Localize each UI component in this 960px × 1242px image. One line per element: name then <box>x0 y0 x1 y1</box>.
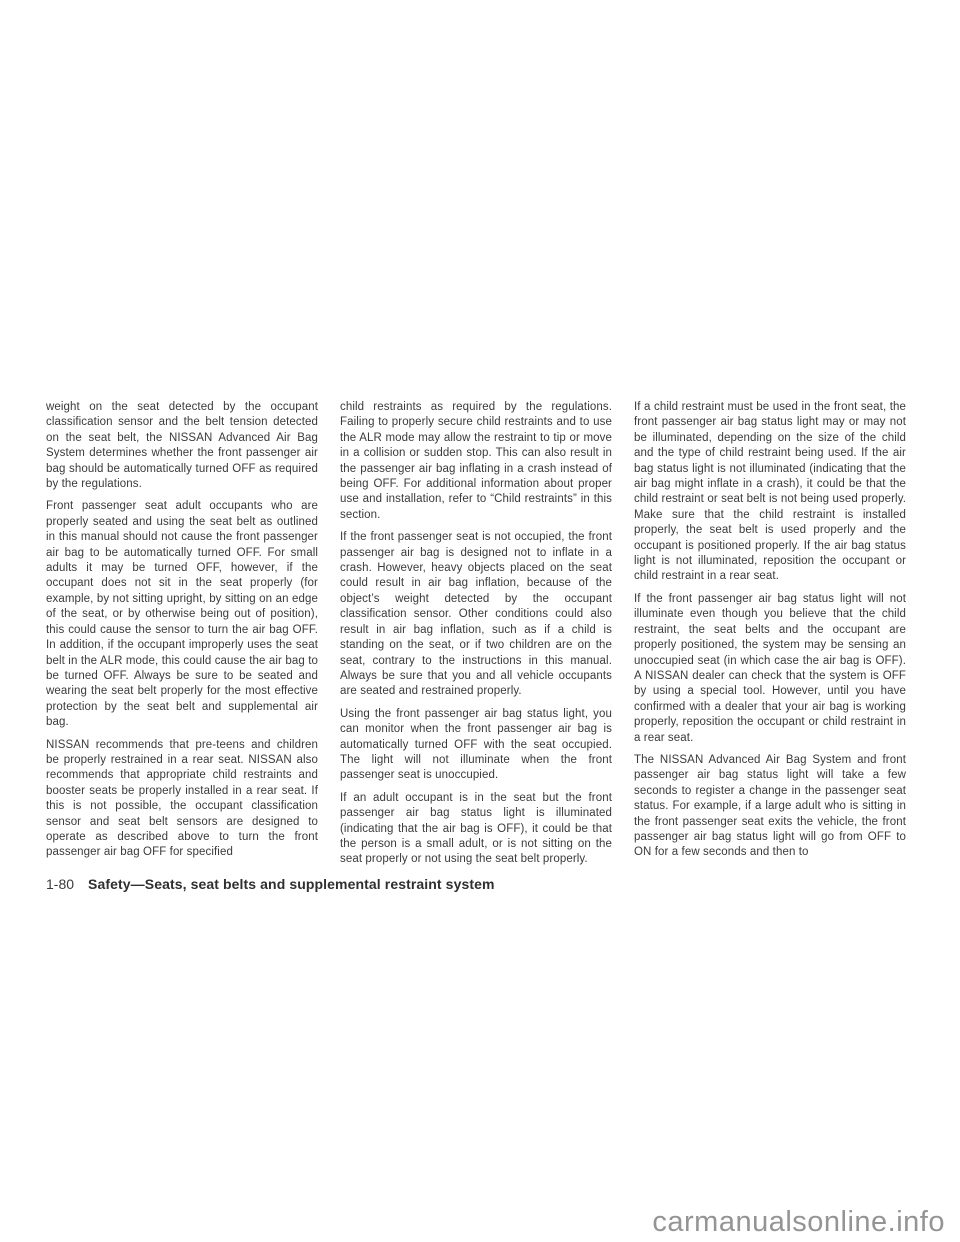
page-body: weight on the seat detected by the occup… <box>46 400 906 868</box>
text-column-2: child restraints as required by the regu… <box>340 400 612 868</box>
paragraph: If an adult occupant is in the seat but … <box>340 791 612 868</box>
text-column-1: weight on the seat detected by the occup… <box>46 400 318 861</box>
paragraph: weight on the seat detected by the occup… <box>46 400 318 492</box>
paragraph: If the front passenger seat is not occup… <box>340 530 612 699</box>
text-column-3: If a child restraint must be used in the… <box>634 400 906 861</box>
page-footer: 1-80 Safety—Seats, seat belts and supple… <box>46 876 495 892</box>
paragraph: child restraints as required by the regu… <box>340 400 612 523</box>
paragraph: Using the front passenger air bag status… <box>340 707 612 784</box>
manual-page: weight on the seat detected by the occup… <box>0 0 960 1242</box>
page-number: 1-80 <box>46 876 74 892</box>
paragraph: The NISSAN Advanced Air Bag System and f… <box>634 753 906 861</box>
paragraph: If the front passenger air bag status li… <box>634 592 906 746</box>
paragraph: Front passenger seat adult occupants who… <box>46 499 318 730</box>
footer-section-title: Safety—Seats, seat belts and supplementa… <box>88 876 495 892</box>
paragraph: If a child restraint must be used in the… <box>634 400 906 585</box>
paragraph: NISSAN recommends that pre-teens and chi… <box>46 738 318 861</box>
watermark: carmanualsonline.info <box>652 1206 945 1239</box>
